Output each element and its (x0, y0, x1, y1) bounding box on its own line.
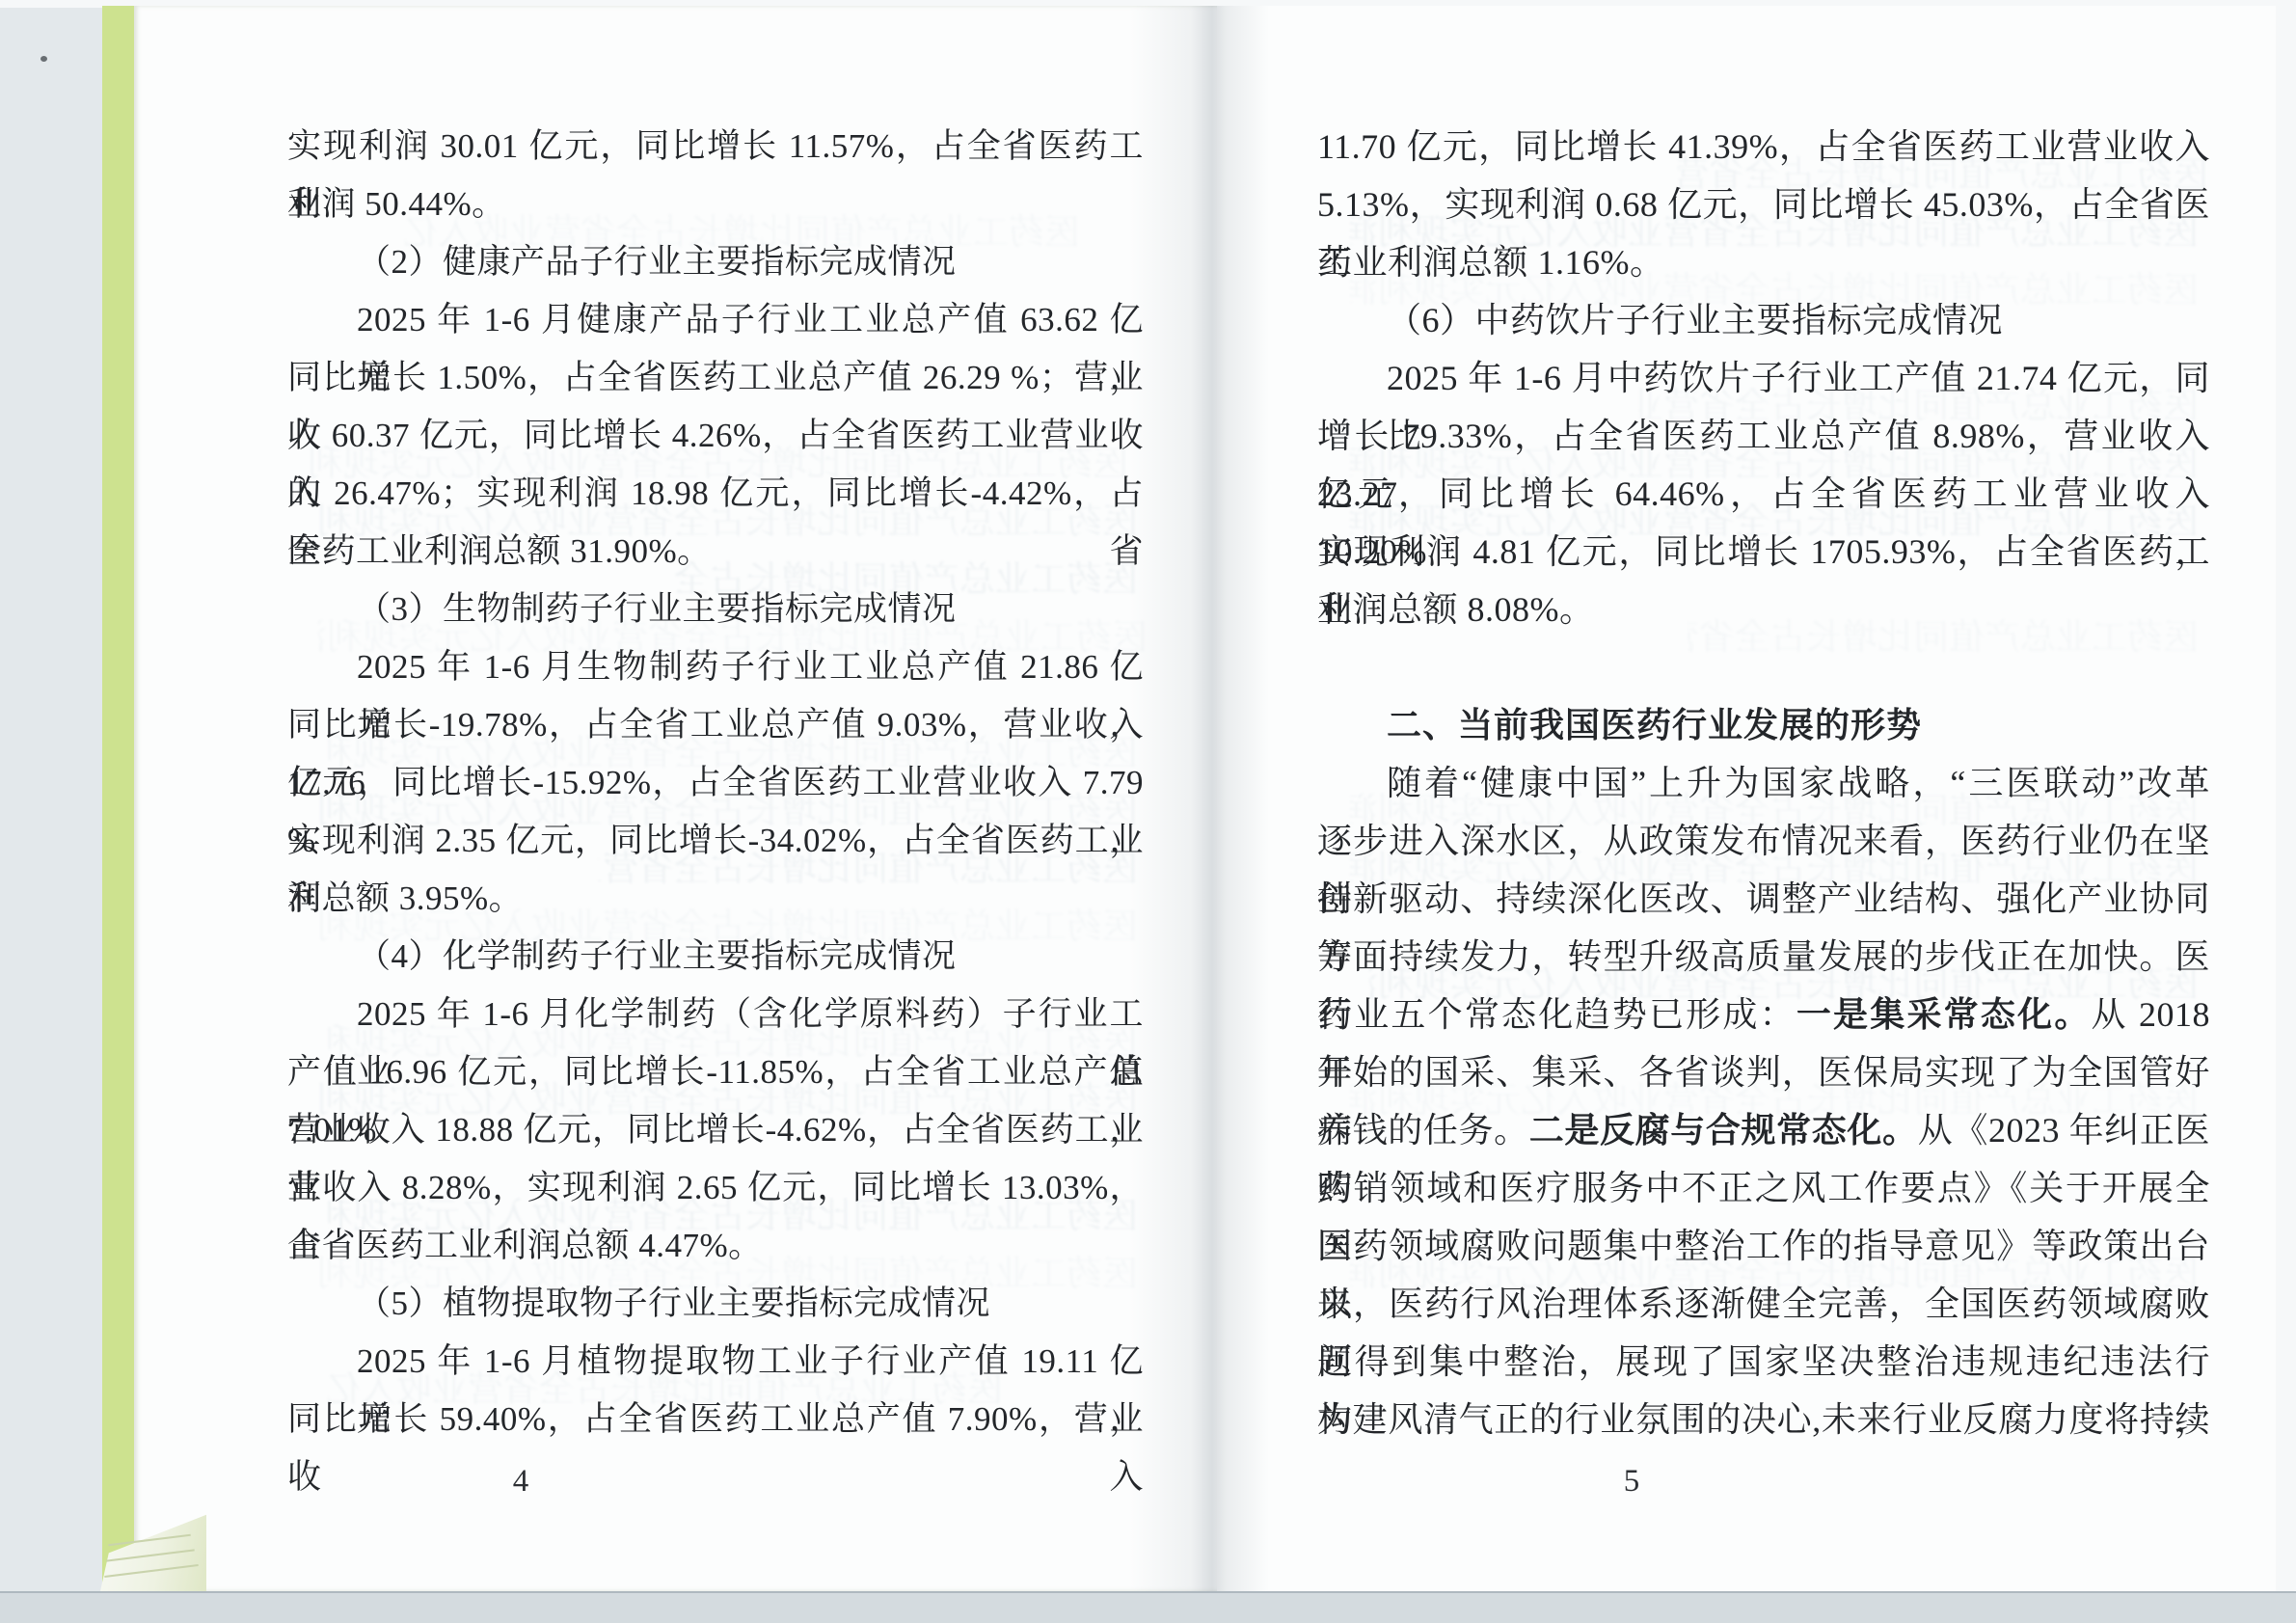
text-line: 病钱的任务。二是反腐与合规常态化。从《2023 年纠正医药 (1317, 1101, 2210, 1159)
text-run: 构建风清气正的行业氛围的决心,未来行业反腐力度将持续 (1317, 1400, 2210, 1439)
text-line: 随着“健康中国”上升为国家战略，“三医联动”改革 (1317, 754, 2210, 812)
text-line: 实现利润 2.35 亿元，同比增长-34.02%，占全省医药工业利 (287, 812, 1144, 870)
text-line: 开始的国采、集采、各省谈判，医保局实现了为全国管好养 (1317, 1043, 2210, 1101)
bold-text-run: 二、当前我国医药行业发展的形势 (1387, 706, 1922, 744)
text-line: 来，医药行风治理体系逐渐健全完善，全国医药领域腐败问 (1317, 1275, 2210, 1333)
text-line: 11.70 亿元，同比增长 41.39%，占全省医药工业营业收入 (1317, 118, 2210, 176)
text-run: 病钱的任务。 (1317, 1111, 1529, 1150)
page-left-text-block: 实现利润 30.01 亿元，同比增长 11.57%，占全省医药工业利润 50.4… (287, 118, 1144, 1448)
text-line: 营业收入 18.88 亿元，同比增长-4.62%，占全省医药工业营 (287, 1101, 1144, 1159)
text-run: 全省医药工业利润总额 4.47%。 (287, 1227, 763, 1264)
text-run: 随着“健康中国”上升为国家战略，“三医联动”改革 (1387, 764, 2210, 802)
text-line: 2025 年 1-6 月中药饮片子行业工产值 21.74 亿元，同比 (1317, 349, 2210, 407)
text-line: 入 60.37 亿元，同比增长 4.26%，占全省医药工业营业收入 (287, 407, 1144, 465)
text-run: 工业利润总额 1.16%。 (1317, 243, 1665, 282)
scan-dust-speck (41, 56, 47, 62)
text-run: 利润总额 8.08%。 (1317, 590, 1595, 629)
text-run: 润总额 3.95%。 (287, 879, 523, 917)
section-heading: 二、当前我国医药行业发展的形势 (1317, 696, 2210, 754)
text-run: 同比增长 59.40%，占全省医药工业总产值 7.90%，营业收入 (287, 1400, 1144, 1496)
text-line: （2）健康产品子行业主要指标完成情况 (287, 233, 1144, 291)
text-line: 实现利润 4.81 亿元，同比增长 1705.93%，占全省医药工业 (1317, 523, 2210, 581)
text-line: 购销领域和医疗服务中不正之风工作要点》《关于开展全国 (1317, 1159, 2210, 1217)
bold-text-run: 一是集采常态化。 (1796, 995, 2092, 1034)
text-line: 创新驱动、持续深化医改、调整产业结构、强化产业协同等 (1317, 870, 2210, 928)
text-line: 医药领域腐败问题集中整治工作的指导意见》等政策出台以 (1317, 1217, 2210, 1275)
text-line: 同比增长-19.78%，占全省工业总产值 9.03%，营业收入 17.76 (287, 696, 1144, 754)
text-line: 增长 79.33%，占全省医药工业总产值 8.98%，营业收入 23.27 (1317, 407, 2210, 465)
text-run: （6）中药饮片子行业主要指标完成情况 (1387, 301, 2003, 339)
text-line: 实现利润 30.01 亿元，同比增长 11.57%，占全省医药工业 (287, 118, 1144, 176)
bold-text-run: 二是反腐与合规常态化。 (1529, 1111, 1918, 1150)
text-line: 亿元，同比增长 64.46%，占全省医药工业营业收入 10.20%， (1317, 465, 2210, 523)
text-run: 行业五个常态化趋势已形成： (1317, 995, 1796, 1034)
page-number-right: 5 (1603, 1464, 1661, 1512)
text-line: 业收入 8.28%，实现利润 2.65 亿元，同比增长 13.03%，占 (287, 1159, 1144, 1217)
text-line: 的 26.47%；实现利润 18.98 亿元，同比增长-4.42%，占全省 (287, 465, 1144, 523)
text-line: 利润总额 8.08%。 (1317, 581, 2210, 638)
text-line: 亿元，同比增长-15.92%，占全省医药工业营业收入 7.79 %， (287, 754, 1144, 812)
text-line: 同比增长 1.50%，占全省医药工业总产值 26.29 %；营业收 (287, 349, 1144, 407)
text-line: 行业五个常态化趋势已形成：一是集采常态化。从 2018 年 (1317, 986, 2210, 1043)
text-run: 利润 50.44%。 (287, 185, 506, 223)
text-line: 工业利润总额 1.16%。 (1317, 233, 2210, 291)
page-number-left: 4 (492, 1464, 550, 1512)
text-line: 2025 年 1-6 月植物提取物工业子行业产值 19.11 亿元， (287, 1333, 1144, 1391)
text-run: 11.70 亿元，同比增长 41.39%，占全省医药工业营业收入 (1317, 127, 2210, 166)
text-line: 方面持续发力，转型升级高质量发展的步伐正在加快。医药 (1317, 928, 2210, 986)
text-line: （3）生物制药子行业主要指标完成情况 (287, 581, 1144, 638)
text-run: （5）植物提取物子行业主要指标完成情况 (357, 1285, 990, 1322)
scanner-bed-band (0, 8, 106, 1601)
text-run: （2）健康产品子行业主要指标完成情况 (357, 243, 957, 281)
text-line: 5.13%，实现利润 0.68 亿元，同比增长 45.03%，占全省医药 (1317, 176, 2210, 233)
text-line: 逐步进入深水区，从政策发布情况来看，医药行业仍在坚持 (1317, 812, 2210, 870)
text-line: 2025 年 1-6 月健康产品子行业工业总产值 63.62 亿元， (287, 291, 1144, 349)
text-line: 2025 年 1-6 月化学制药（含化学原料药）子行业工业总 (287, 986, 1144, 1043)
blank-line (1317, 638, 2210, 696)
text-line: 2025 年 1-6 月生物制药子行业工业总产值 21.86 亿元， (287, 638, 1144, 696)
text-line: 题得到集中整治，展现了国家坚决整治违规违纪违法行为， (1317, 1333, 2210, 1391)
text-run: 医药工业利润总额 31.90%。 (287, 532, 712, 570)
text-line: 构建风清气正的行业氛围的决心,未来行业反腐力度将持续 (1317, 1391, 2210, 1448)
text-line: 同比增长 59.40%，占全省医药工业总产值 7.90%，营业收入 (287, 1391, 1144, 1448)
scan-bottom-shadow-band (0, 1591, 2296, 1623)
book-gutter-shadow (1130, 6, 1309, 1591)
text-line: 利润 50.44%。 (287, 176, 1144, 233)
text-line: （5）植物提取物子行业主要指标完成情况 (287, 1275, 1144, 1333)
text-line: 产值 16.96 亿元，同比增长-11.85%，占全省工业总产值 7.01%， (287, 1043, 1144, 1101)
text-line: （4）化学制药子行业主要指标完成情况 (287, 928, 1144, 986)
text-run: （4）化学制药子行业主要指标完成情况 (357, 937, 957, 975)
text-line: 全省医药工业利润总额 4.47%。 (287, 1217, 1144, 1275)
text-line: 润总额 3.95%。 (287, 870, 1144, 928)
text-run: （3）生物制药子行业主要指标完成情况 (357, 590, 957, 628)
text-line: （6）中药饮片子行业主要指标完成情况 (1317, 291, 2210, 349)
page-right-text-block: 11.70 亿元，同比增长 41.39%，占全省医药工业营业收入5.13%，实现… (1317, 118, 2210, 1448)
book-cover-edge-strip (102, 6, 134, 1591)
